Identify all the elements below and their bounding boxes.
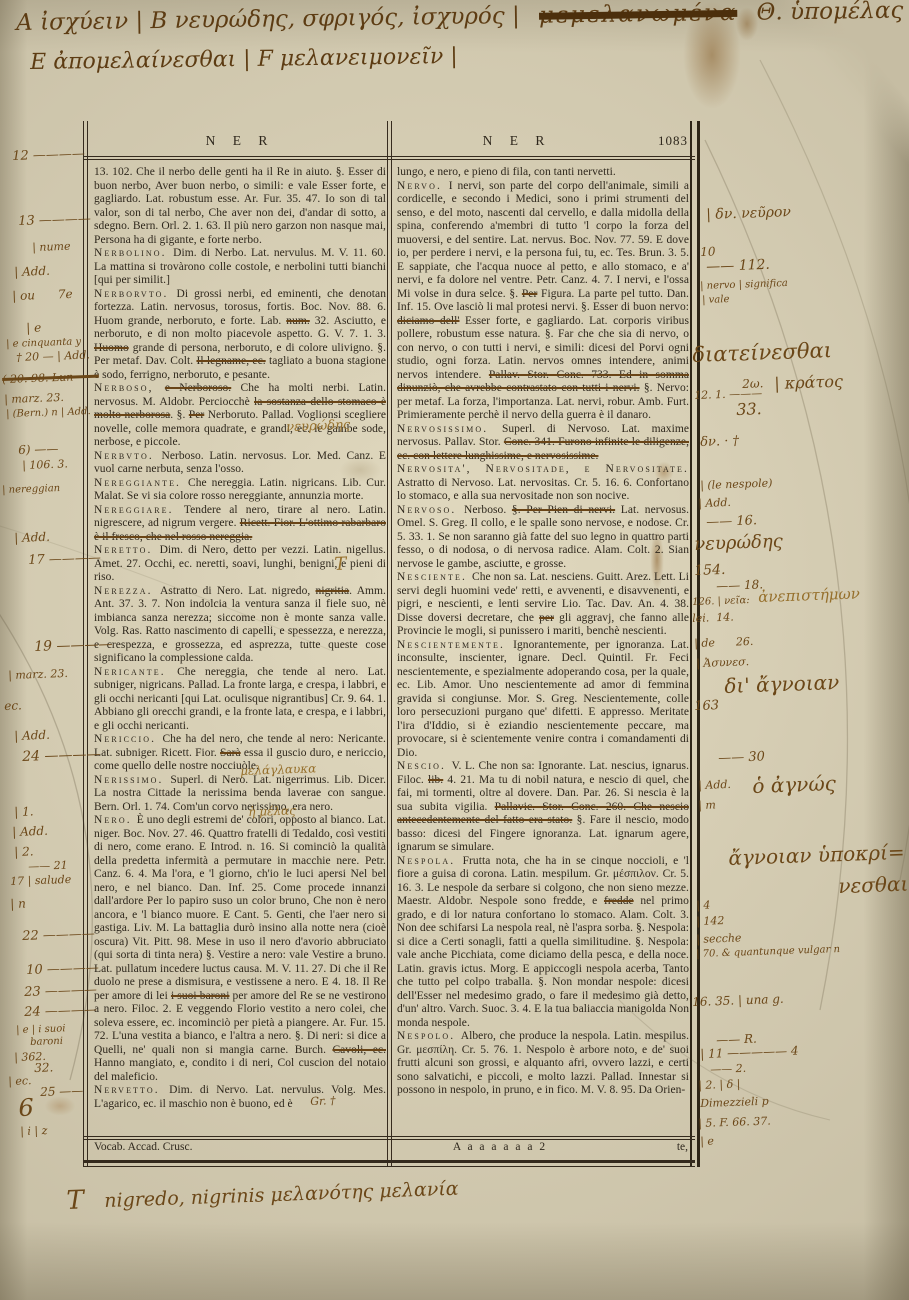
gloss-greek-c: Θ. ὑπομέλας | <box>756 0 909 26</box>
handwritten-note: διατείνεσθαι <box>692 340 832 366</box>
handwritten-note: | n <box>10 897 26 910</box>
entry-headword: Nereggiante. <box>94 477 188 489</box>
entry-headword: Nespolo. <box>397 1030 461 1042</box>
running-head-right: N E R <box>397 133 637 149</box>
dictionary-entry: Nerissimo. Superl. di Nero. Lat. nigerri… <box>94 774 386 815</box>
handwritten-note: δι' ἄγνοιαν <box>724 672 840 696</box>
entry-headword: Nervosissimo. <box>397 423 502 435</box>
handwritten-note: μελάγλαυκα <box>240 762 316 777</box>
handwritten-note: 24 ———— <box>22 747 101 764</box>
handwritten-note: | de 26. <box>694 636 754 649</box>
column-rule-center <box>387 121 392 1167</box>
entry-headword: Nericante. <box>94 666 177 678</box>
handwritten-note: νευρώδης <box>286 419 350 434</box>
handwritten-note: | Ἀσυνεσ. <box>696 656 749 669</box>
handwritten-note: 163 <box>694 699 719 713</box>
handwritten-note: 32. <box>34 1061 54 1074</box>
dictionary-entry: Nervoso. Nerboso. §. Per Pien di nervi. … <box>397 504 689 572</box>
handwritten-note: | ec. <box>8 1075 32 1087</box>
entry-headword: Nericcio. <box>94 733 162 745</box>
dictionary-entry: Nerboso, e Nerboroso. Che ha molti nerbi… <box>94 382 386 450</box>
handwritten-note: | 5. F. 66. 37. <box>698 1115 771 1129</box>
entry-headword: Nereggiare. <box>94 504 184 516</box>
dictionary-entry: Nervosissimo. Superl. di Nervoso. Lat. m… <box>397 423 689 464</box>
handwritten-note: | (le nespole) <box>700 477 773 491</box>
entry-headword: Nerbolino. <box>94 247 173 259</box>
handwritten-note: Dimezzieli p <box>700 1096 769 1109</box>
handwritten-note: ἀνεπιστήμων <box>758 586 860 605</box>
handwritten-note: baroni <box>30 1037 63 1048</box>
dictionary-entry: Nescio. V. L. Che non sa: Ignorante. Lat… <box>397 760 689 855</box>
dictionary-entry: Nervosita', Nervositade, e Nervositate. … <box>397 463 689 504</box>
handwritten-note: | 11 ————— 4 <box>700 1045 799 1060</box>
handwritten-note: | Add. <box>14 729 50 742</box>
handwritten-note: | δν. νεῦρον <box>706 205 791 222</box>
entry-headword: Nervoso. <box>397 504 464 516</box>
handwritten-note: 33. <box>736 401 762 418</box>
dictionary-entry: Nereggiante. Che nereggia. Latin. nigric… <box>94 477 386 504</box>
handwritten-note: —— 21 <box>28 860 68 872</box>
handwritten-note: —— 16. <box>706 514 757 529</box>
dictionary-entry: Nereggiare. Tendere al nero, tirare al n… <box>94 504 386 545</box>
dictionary-entry: Nerbvto. Nerboso. Latin. nervosus. Lor. … <box>94 450 386 477</box>
handwritten-note: νεσθαι <box>838 874 909 896</box>
dictionary-entry: Nesciente. Che non sa. Lat. nesciens. Gu… <box>397 571 689 639</box>
handwritten-note: 17 ———— <box>28 551 101 567</box>
entry-headword: Neretto. <box>94 544 160 556</box>
handwritten-note: | e | i suoi <box>16 1024 66 1036</box>
handwritten-note: 19 ———— <box>34 637 113 654</box>
handwritten-note: 6) —— <box>18 443 59 456</box>
handwritten-note: | 1. <box>14 805 34 818</box>
handwritten-note: | Add. <box>14 531 50 544</box>
handwritten-note: | m <box>698 799 716 811</box>
handwritten-note: 22 ———— <box>22 927 95 943</box>
handwritten-note: | Add. <box>698 497 731 509</box>
page-number: 1083 <box>622 133 688 149</box>
footer-rule-bottom <box>83 1160 695 1167</box>
handwritten-note: ec. <box>4 699 22 712</box>
dictionary-entry: lungo, e nero, e pieno di fila, con tant… <box>397 166 689 180</box>
right-column: lungo, e nero, e pieno di fila, con tant… <box>397 166 689 1136</box>
handwritten-note: | i | z <box>20 1125 48 1137</box>
handwritten-note: | 106. 3. <box>22 458 68 471</box>
handwritten-note: 13 ———— <box>18 212 91 228</box>
handwritten-note: | ou 7e <box>12 288 73 302</box>
dictionary-entry: Nespola. Frutta nota, che ha in se cinqu… <box>397 855 689 1031</box>
dictionary-entry: Nerezza. Astratto di Nero. Lat. nigredo,… <box>94 585 386 666</box>
handwritten-note: 10 ———— <box>26 961 99 977</box>
handwritten-note: | nereggian <box>2 484 60 496</box>
handwritten-note: 126. | νεῖα: <box>692 596 750 608</box>
entry-headword: Nescientemente. <box>397 639 513 651</box>
footer-signature-mark: A a a a a a a 2 <box>370 1141 630 1153</box>
handwritten-note: | 4 <box>696 900 711 911</box>
handwritten-note: | Add. <box>12 825 48 838</box>
handwritten-note: 6 <box>18 1095 34 1120</box>
handwritten-note: | secche <box>696 932 742 945</box>
entry-headword: Nespola. <box>397 855 463 867</box>
dictionary-entry: Nericante. Che nereggia, che tende al ne… <box>94 666 386 734</box>
handwritten-note: 17 | salude <box>10 874 71 887</box>
entry-headword: Nerezza. <box>94 585 160 597</box>
handwritten-note: ἡ μέλας <box>248 804 296 818</box>
handwritten-note: † 20 — | Add. <box>16 349 90 363</box>
dictionary-entry: Nerborvto. Di grossi nerbi, ed eminenti,… <box>94 288 386 383</box>
handwritten-note: | 142 <box>696 915 725 927</box>
header-rule <box>83 156 695 160</box>
handwritten-note: ὁ ἀγνώς <box>752 773 836 796</box>
gloss-scribbled-out: μεμελανωμένα <box>539 0 738 29</box>
handwritten-note: | marz. 23. <box>4 392 64 405</box>
entry-headword: Nerissimo. <box>94 774 170 786</box>
handwritten-note: | vale <box>702 295 730 306</box>
handwritten-note: —— 30 <box>718 750 765 765</box>
handwritten-note: | marz. 23. <box>8 668 68 681</box>
footer-catchword: te, <box>600 1141 688 1153</box>
entry-headword: Nerboso, <box>94 382 165 394</box>
handwritten-note: 10 <box>700 245 716 258</box>
printed-page-block: N E R N E R 1083 13. 102. Che il nerbo d… <box>0 0 909 1300</box>
handwritten-note: T <box>66 1187 84 1214</box>
dictionary-entry: Nero. È uno degli estremi de' colori, op… <box>94 814 386 1084</box>
handwritten-note: | 2. <box>14 845 34 858</box>
dictionary-entry: Nervetto. Dim. di Nervo. Lat. nervulus. … <box>94 1084 386 1111</box>
handwritten-note: ἄγνοιαν ὑποκρί= <box>728 842 905 868</box>
footer-imprint: Vocab. Accad. Crusc. <box>94 1141 192 1153</box>
entry-headword: Nescio. <box>397 760 452 772</box>
dictionary-entry: Nervo. I nervi, son parte del corpo dell… <box>397 180 689 423</box>
handwritten-note: δν. · † <box>700 435 739 449</box>
entry-headword: Nero. <box>94 814 137 826</box>
handwritten-note: | Add. <box>14 265 50 278</box>
handwritten-note: —— R. <box>716 1033 757 1046</box>
dictionary-entry: Nespolo. Albero, che produce la nespola.… <box>397 1030 689 1098</box>
footer-rule-top <box>83 1136 695 1140</box>
handwritten-note: —— 2. <box>710 1063 746 1075</box>
handwritten-note: νευρώδης <box>694 533 783 554</box>
handwritten-note: | Add. <box>698 779 731 791</box>
handwritten-note: Gr. † <box>310 1095 336 1107</box>
handwritten-note: 154. <box>694 563 726 578</box>
dictionary-entry: Nescientemente. Ignorantemente, per igno… <box>397 639 689 761</box>
handwritten-note: ( 20. 98. Lun —— <box>2 371 99 385</box>
handwritten-note: —— 18. <box>716 578 763 592</box>
handwritten-note: 25 —— <box>40 1084 83 1097</box>
handwritten-note: 12 ———— <box>12 147 85 163</box>
handwritten-note: 16. 35. | una g. <box>692 993 784 1008</box>
handwritten-note: | κράτος <box>774 374 843 392</box>
handwritten-note: | e <box>700 1136 714 1147</box>
handwritten-note: 24 ———— <box>24 1003 97 1019</box>
entry-headword: Nervosita', Nervositade, e Nervositate. <box>397 463 689 475</box>
entry-headword: Nesciente. <box>397 571 472 583</box>
entry-headword: Nervetto. <box>94 1084 169 1096</box>
handwritten-note: | nume <box>32 241 71 253</box>
handwritten-note: 23 ———— <box>24 983 97 999</box>
entry-headword: Nerborvto. <box>94 288 177 300</box>
handwritten-note: T <box>334 556 347 574</box>
handwritten-note: lei. 14. <box>692 612 734 624</box>
dictionary-entry: Nerbolino. Dim. di Nerbo. Lat. nervulus.… <box>94 247 386 288</box>
running-head-left: N E R <box>94 133 386 149</box>
dictionary-entry: 13. 102. Che il nerbo delle genti ha il … <box>94 166 386 247</box>
handwritten-note: | 2. | δ | <box>698 1079 741 1091</box>
handwritten-note: | e <box>26 321 41 334</box>
left-column: 13. 102. Che il nerbo delle genti ha il … <box>94 166 386 1136</box>
handwritten-note: 2ω. <box>742 377 764 390</box>
entry-headword: Nervo. <box>397 180 449 192</box>
handwritten-note: —— 112. <box>706 258 770 274</box>
entry-headword: Nerbvto. <box>94 450 161 462</box>
